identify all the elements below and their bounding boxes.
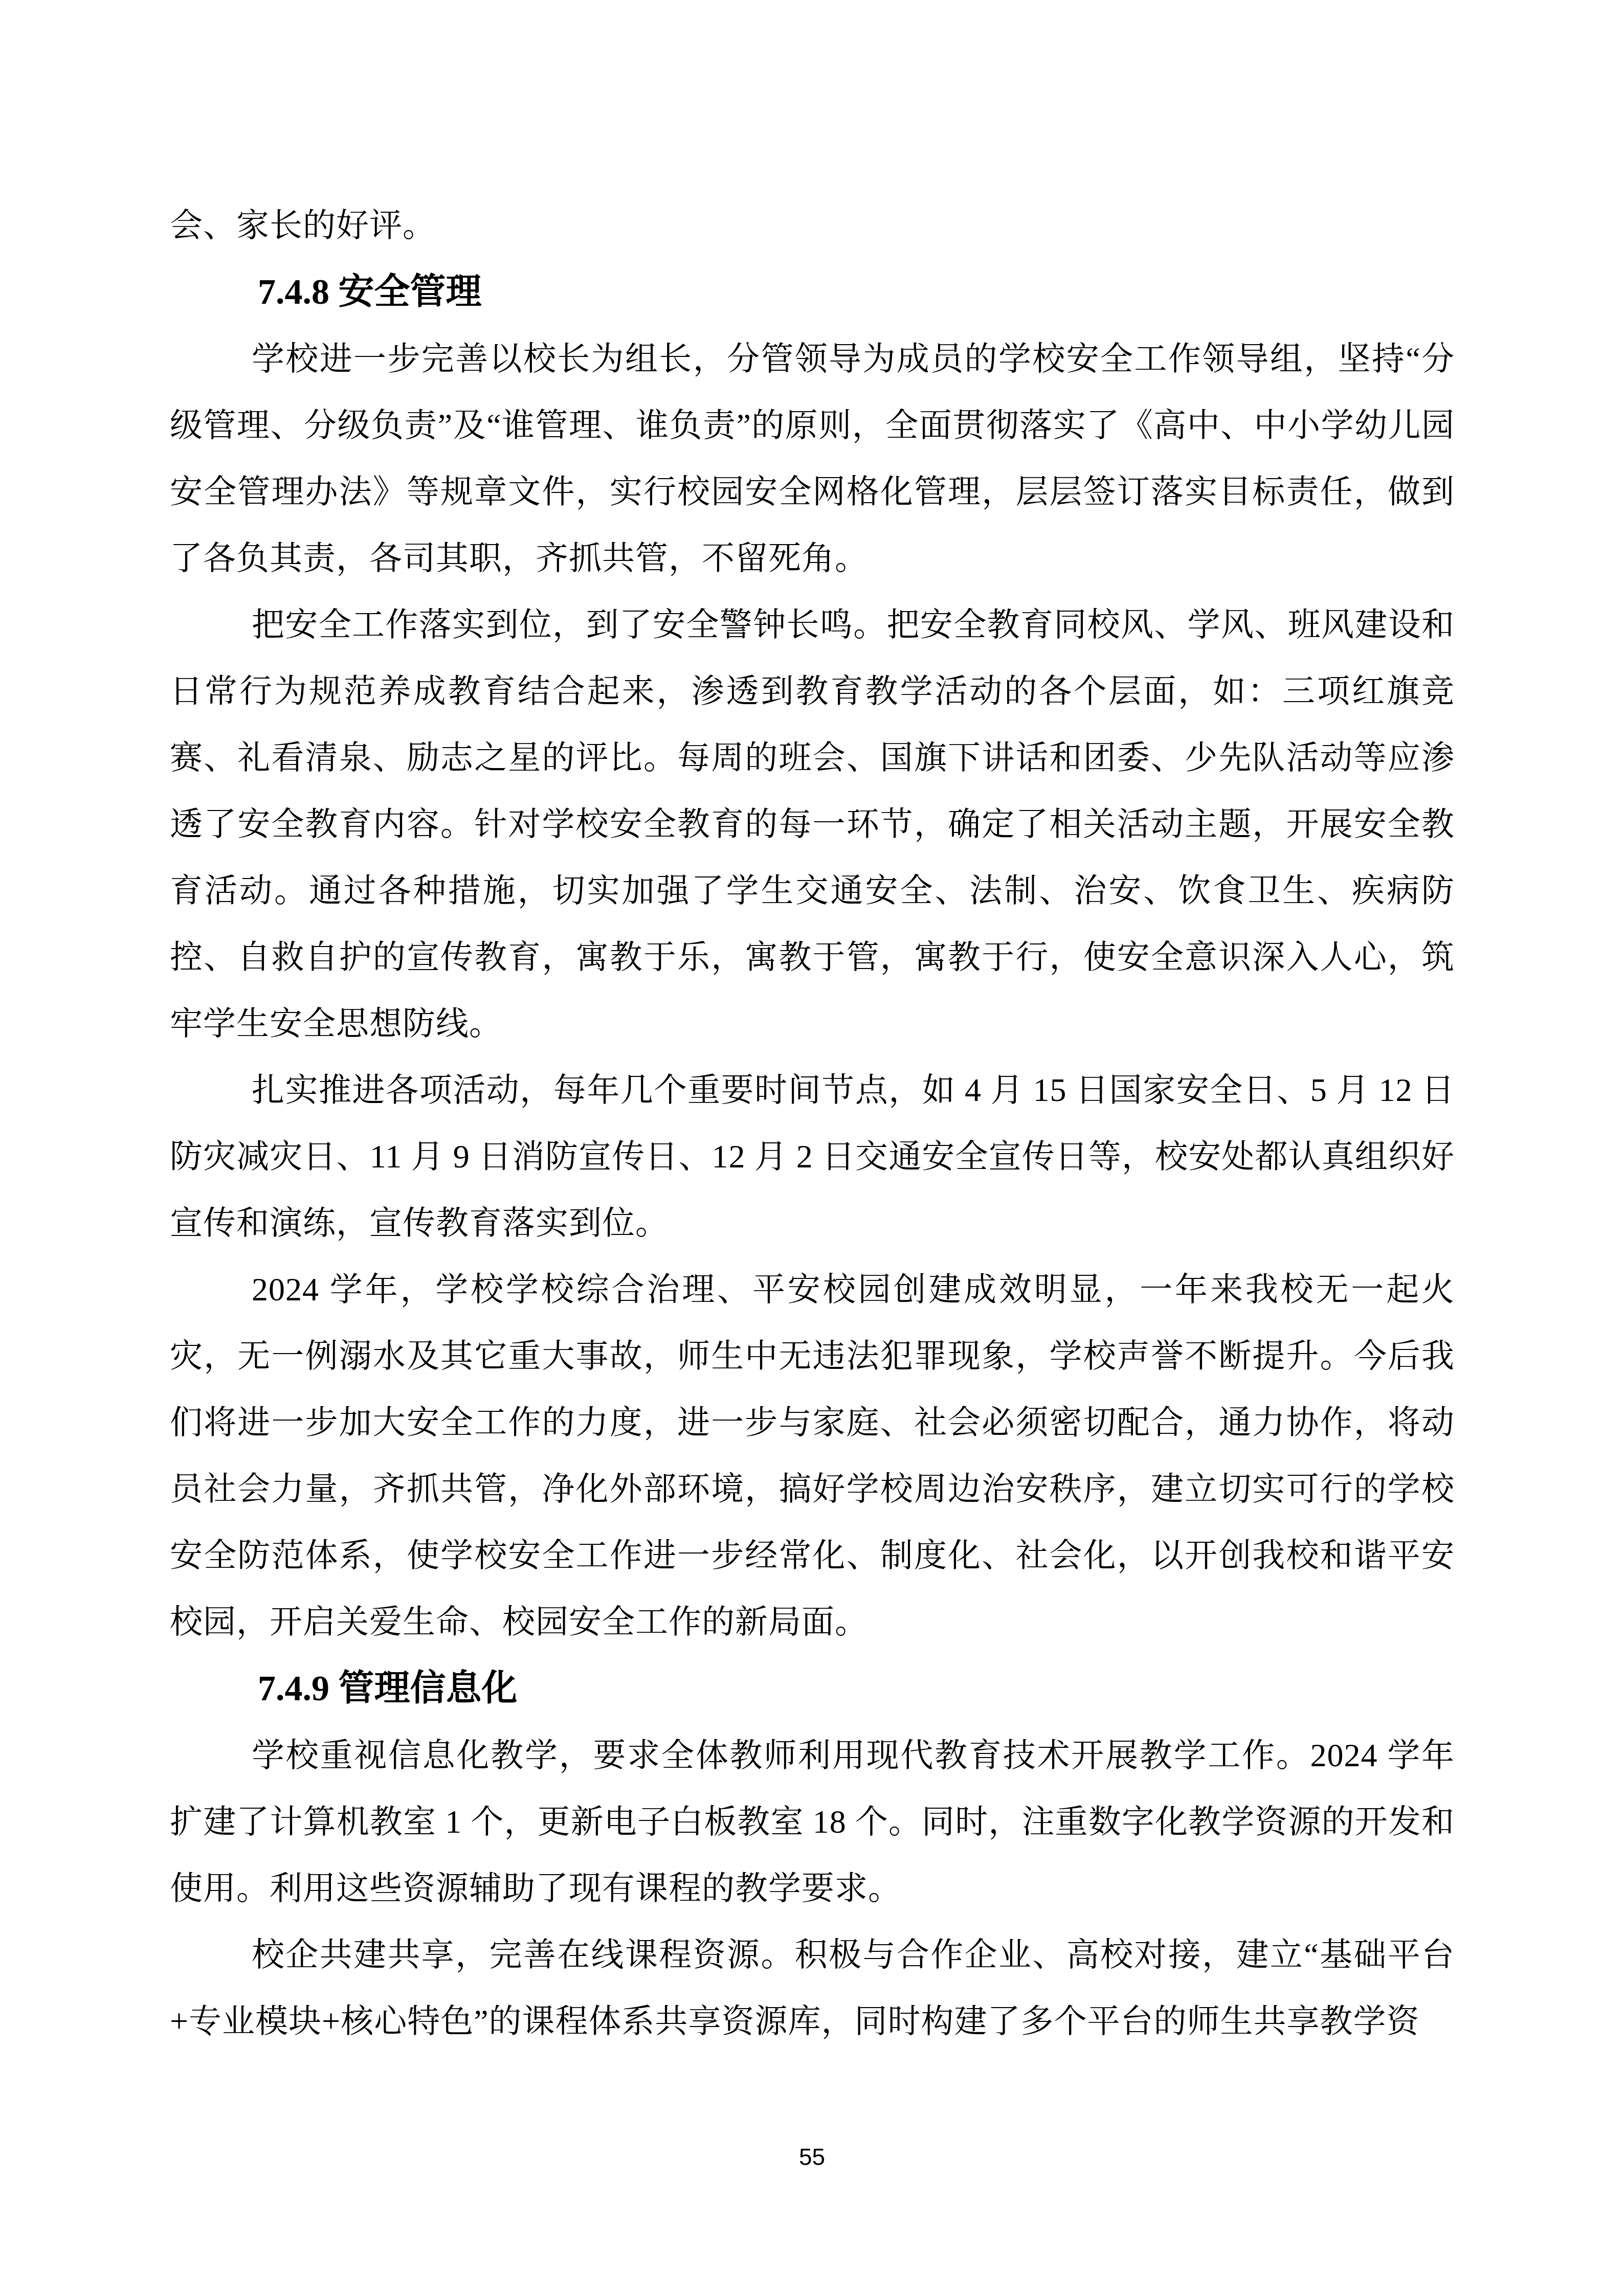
document-page: 会、家长的好评。 7.4.8 安全管理 学校进一步完善以校长为组长，分管领导为成… xyxy=(0,0,1624,2296)
paragraph-continuation: 会、家长的好评。 xyxy=(170,192,1455,259)
paragraph-safety-leadership: 学校进一步完善以校长为组长，分管领导为成员的学校安全工作领导组，坚持“分级管理、… xyxy=(170,326,1455,592)
paragraph-safety-education: 把安全工作落实到位，到了安全警钟长鸣。把安全教育同校风、学风、班风建设和日常行为… xyxy=(170,592,1455,1057)
page-number: 55 xyxy=(0,2142,1624,2172)
document-body: 会、家长的好评。 7.4.8 安全管理 学校进一步完善以校长为组长，分管领导为成… xyxy=(170,192,1455,2055)
paragraph-safety-activities: 扎实推进各项活动，每年几个重要时间节点，如 4 月 15 日国家安全日、5 月 … xyxy=(170,1057,1455,1256)
paragraph-informatization: 学校重视信息化教学，要求全体教师利用现代教育技术开展教学工作。2024 学年扩建… xyxy=(170,1722,1455,1922)
paragraph-safety-achievements: 2024 学年，学校学校综合治理、平安校园创建成效明显，一年来我校无一起火灾，无… xyxy=(170,1256,1455,1655)
section-heading-7-4-9: 7.4.9 管理信息化 xyxy=(170,1655,1455,1722)
section-heading-7-4-8: 7.4.8 安全管理 xyxy=(170,259,1455,326)
paragraph-course-resources: 校企共建共享，完善在线课程资源。积极与合作企业、高校对接，建立“基础平台+专业模… xyxy=(170,1922,1455,2055)
